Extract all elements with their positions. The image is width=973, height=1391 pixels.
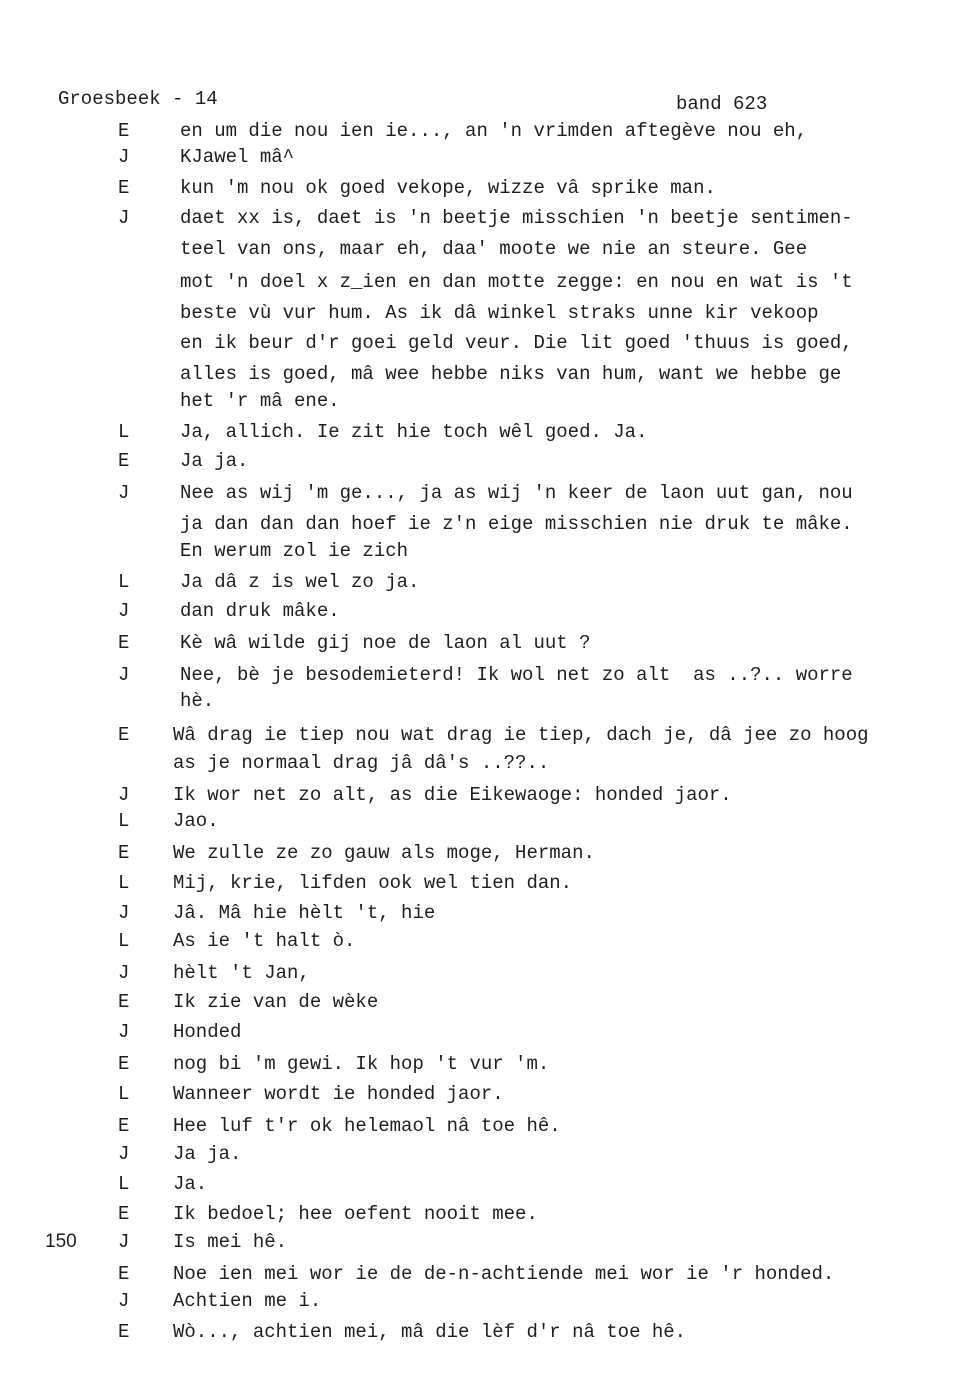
transcript-line: Ik wor net zo alt, as die Eikewaoge: hon… [173, 784, 732, 806]
transcript-line: Noe ien mei wor ie de de-n-achtiende mei… [173, 1263, 834, 1285]
transcript-line: Jao. [173, 810, 219, 832]
speaker-label: L [118, 872, 138, 894]
transcript-line: Ja ja. [173, 1143, 241, 1165]
transcript-line: As ie 't halt ò. [173, 930, 355, 952]
tape-number: band 623 [676, 93, 767, 115]
speaker-label: E [118, 842, 138, 864]
speaker-label: J [118, 482, 138, 504]
transcript-line: Hee luf t'r ok helemaol nâ toe hê. [173, 1115, 561, 1137]
speaker-label: E [118, 1263, 138, 1285]
speaker-label: L [118, 1173, 138, 1195]
transcript-line: Ik bedoel; hee oefent nooit mee. [173, 1203, 538, 1225]
document-title: Groesbeek - 14 [58, 88, 218, 110]
transcript-line: teel van ons, maar eh, daa' moote we nie… [180, 238, 807, 260]
speaker-label: J [118, 1143, 138, 1165]
transcript-line: Ik zie van de wèke [173, 991, 378, 1013]
transcript-line: Achtien me i. [173, 1290, 321, 1312]
transcript-line: Wanneer wordt ie honded jaor. [173, 1083, 504, 1105]
speaker-label: J [118, 1290, 138, 1312]
speaker-label: E [118, 1115, 138, 1137]
transcript-line: alles is goed, mâ wee hebbe niks van hum… [180, 363, 841, 385]
speaker-label: J [118, 146, 138, 168]
speaker-label: J [118, 207, 138, 229]
speaker-label: E [118, 1321, 138, 1343]
speaker-label: E [118, 632, 138, 654]
speaker-label: J [118, 1231, 138, 1253]
speaker-label: E [118, 1053, 138, 1075]
transcript-line: En werum zol ie zich [180, 540, 408, 562]
transcript-line: mot 'n doel x z_ien en dan motte zegge: … [180, 271, 853, 293]
speaker-label: L [118, 930, 138, 952]
speaker-label: L [118, 571, 138, 593]
speaker-label: J [118, 664, 138, 686]
transcript-line: ja dan dan dan hoef ie z'n eige misschie… [180, 513, 853, 535]
transcript-line: Nee as wij 'm ge..., ja as wij 'n keer d… [180, 482, 853, 504]
speaker-label: E [118, 1203, 138, 1225]
transcript-line: as je normaal drag jâ dâ's ..??.. [173, 752, 549, 774]
transcript-line: Honded [173, 1021, 241, 1043]
transcript-line: daet xx is, daet is 'n beetje misschien … [180, 207, 853, 229]
transcript-line: We zulle ze zo gauw als moge, Herman. [173, 842, 595, 864]
transcript-line: Ja, allich. Ie zit hie toch wêl goed. Ja… [180, 421, 647, 443]
transcript-line: hè. [180, 690, 214, 712]
transcript-line: Ja dâ z is wel zo ja. [180, 571, 419, 593]
transcript-line: kun 'm nou ok goed vekope, wizze vâ spri… [180, 177, 716, 199]
speaker-label: E [118, 120, 138, 142]
speaker-label: J [118, 902, 138, 924]
transcript-line: en um die nou ien ie..., an 'n vrimden a… [180, 120, 807, 142]
transcript-line: het 'r mâ ene. [180, 390, 340, 412]
speaker-label: E [118, 724, 138, 746]
speaker-label: L [118, 421, 138, 443]
speaker-label: E [118, 177, 138, 199]
transcript-line: dan druk mâke. [180, 600, 340, 622]
speaker-label: L [118, 810, 138, 832]
transcript-line: Mij, krie, lifden ook wel tien dan. [173, 872, 572, 894]
transcript-line: Kè wâ wilde gij noe de laon al uut ? [180, 632, 590, 654]
transcript-line: hèlt 't Jan, [173, 962, 310, 984]
transcript-line: Is mei hê. [173, 1231, 287, 1253]
transcript-line: en ik beur d'r goei geld veur. Die lit g… [180, 332, 853, 354]
transcript-line: Ja. [173, 1173, 207, 1195]
transcript-line: KJawel mâ^ [180, 146, 294, 168]
speaker-label: J [118, 784, 138, 806]
transcript-line: beste vù vur hum. As ik dâ winkel straks… [180, 302, 819, 324]
speaker-label: J [118, 600, 138, 622]
transcript-line: Wâ drag ie tiep nou wat drag ie tiep, da… [173, 724, 869, 746]
transcript-line: nog bi 'm gewi. Ik hop 't vur 'm. [173, 1053, 549, 1075]
line-number-margin-note: 150 [45, 1231, 77, 1253]
speaker-label: J [118, 1021, 138, 1043]
transcript-line: Nee, bè je besodemieterd! Ik wol net zo … [180, 664, 853, 686]
speaker-label: E [118, 991, 138, 1013]
transcript-line: Jâ. Mâ hie hèlt 't, hie [173, 902, 435, 924]
speaker-label: L [118, 1083, 138, 1105]
speaker-label: E [118, 450, 138, 472]
transcript-line: Wò..., achtien mei, mâ die lèf d'r nâ to… [173, 1321, 686, 1343]
speaker-label: J [118, 962, 138, 984]
transcript-line: Ja ja. [180, 450, 248, 472]
